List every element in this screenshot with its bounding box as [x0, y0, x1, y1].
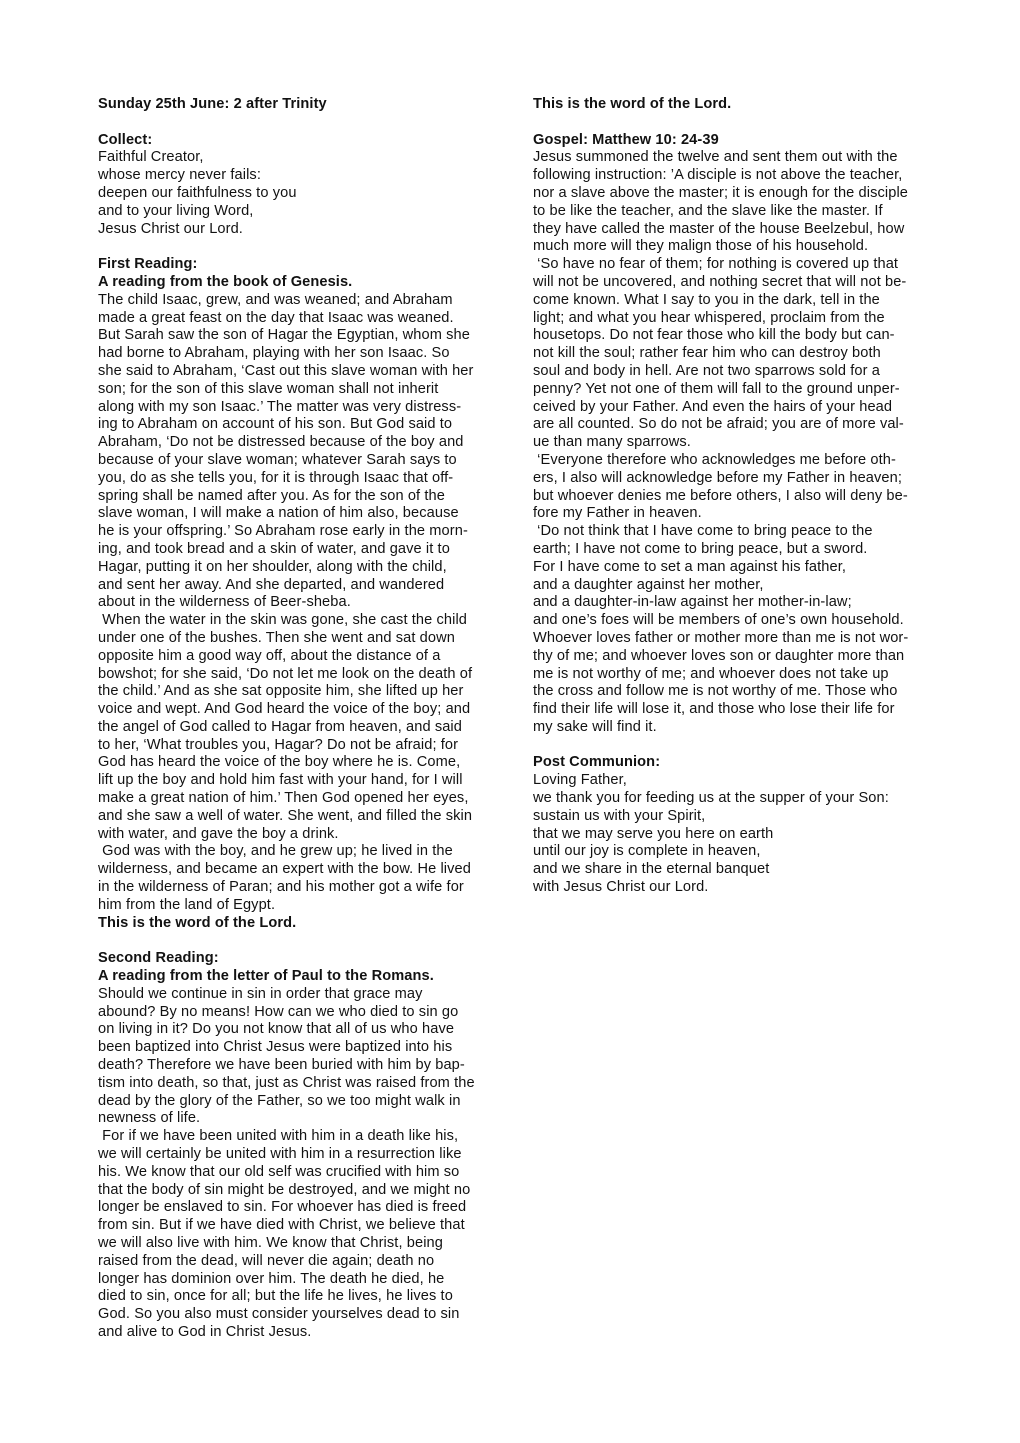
text-line: we will also live with him. We know that…	[98, 1235, 518, 1253]
text-line: his. We know that our old self was cruci…	[98, 1164, 518, 1182]
text-line: along with my son Isaac.’ The matter was…	[98, 399, 518, 417]
text-line: son; for the son of this slave woman sha…	[98, 381, 518, 399]
text-line: are all counted. So do not be afraid; yo…	[533, 416, 953, 434]
section-heading-gospel: Gospel: Matthew 10: 24-39	[533, 132, 953, 150]
text-line: he is your offspring.’ So Abraham rose e…	[98, 523, 518, 541]
text-line: to her, ‘What troubles you, Hagar? Do no…	[98, 737, 518, 755]
text-line: we will certainly be united with him in …	[98, 1146, 518, 1164]
text-line: newness of life.	[98, 1110, 518, 1128]
reading-source: A reading from the book of Genesis.	[98, 274, 518, 292]
text-line: not kill the soul; rather fear him who c…	[533, 345, 953, 363]
text-line: housetops. Do not fear those who kill th…	[533, 327, 953, 345]
text-line: the angel of God called to Hagar from he…	[98, 719, 518, 737]
text-line: whose mercy never fails:	[98, 167, 518, 185]
text-line: from sin. But if we have died with Chris…	[98, 1217, 518, 1235]
text-line: ers, I also will acknowledge before my F…	[533, 470, 953, 488]
text-line	[533, 114, 953, 132]
text-line: under one of the bushes. Then she went a…	[98, 630, 518, 648]
response-line: This is the word of the Lord.	[98, 915, 518, 933]
text-line: Jesus Christ our Lord.	[98, 221, 518, 239]
text-line: died to sin, once for all; but the life …	[98, 1288, 518, 1306]
text-line: and one’s foes will be members of one’s …	[533, 612, 953, 630]
text-line: the child.’ And as she sat opposite him,…	[98, 683, 518, 701]
text-line: about in the wilderness of Beer-sheba.	[98, 594, 518, 612]
text-line: lift up the boy and hold him fast with y…	[98, 772, 518, 790]
text-line: in the wilderness of Paran; and his moth…	[98, 879, 518, 897]
section-heading-first-reading: First Reading:	[98, 256, 518, 274]
text-line: ing, and took bread and a skin of water,…	[98, 541, 518, 559]
text-line: following instruction: ’A disciple is no…	[533, 167, 953, 185]
text-line: abound? By no means! How can we who died…	[98, 1004, 518, 1022]
section-heading-collect: Collect:	[98, 132, 518, 150]
text-line: but whoever denies me before others, I a…	[533, 488, 953, 506]
text-line: But Sarah saw the son of Hagar the Egypt…	[98, 327, 518, 345]
text-line: and she saw a well of water. She went, a…	[98, 808, 518, 826]
response-line: This is the word of the Lord.	[533, 96, 953, 114]
text-line: The child Isaac, grew, and was weaned; a…	[98, 292, 518, 310]
text-line: him from the land of Egypt.	[98, 897, 518, 915]
text-line: deepen our faithfulness to you	[98, 185, 518, 203]
text-line: made a great feast on the day that Isaac…	[98, 310, 518, 328]
text-line: with water, and gave the boy a drink.	[98, 826, 518, 844]
text-line: make a great nation of him.’ Then God op…	[98, 790, 518, 808]
text-line: nor a slave above the master; it is enou…	[533, 185, 953, 203]
text-line: dead by the glory of the Father, so we t…	[98, 1093, 518, 1111]
text-line: earth; I have not come to bring peace, b…	[533, 541, 953, 559]
text-line: much more will they malign those of his …	[533, 238, 953, 256]
text-line: ceived by your Father. And even the hair…	[533, 399, 953, 417]
text-line: and sent her away. And she departed, and…	[98, 577, 518, 595]
text-line: come known. What I say to you in the dar…	[533, 292, 953, 310]
text-line: Abraham, ‘Do not be distressed because o…	[98, 434, 518, 452]
text-line: bowshot; for she said, ‘Do not let me lo…	[98, 666, 518, 684]
text-line: voice and wept. And God heard the voice …	[98, 701, 518, 719]
reading-source: A reading from the letter of Paul to the…	[98, 968, 518, 986]
text-line: ing to Abraham on account of his son. Bu…	[98, 416, 518, 434]
text-line: Whoever loves father or mother more than…	[533, 630, 953, 648]
text-line: and we share in the eternal banquet	[533, 861, 953, 879]
text-line: God. So you also must consider yourselve…	[98, 1306, 518, 1324]
document-page: Sunday 25th June: 2 after TrinityCollect…	[0, 0, 1020, 1443]
text-line: you, do as she tells you, for it is thro…	[98, 470, 518, 488]
text-line: ‘So have no fear of them; for nothing is…	[533, 256, 953, 274]
text-line: until our joy is complete in heaven,	[533, 843, 953, 861]
section-heading-second-reading: Second Reading:	[98, 950, 518, 968]
text-line: wilderness, and became an expert with th…	[98, 861, 518, 879]
text-line: that the body of sin might be destroyed,…	[98, 1182, 518, 1200]
text-line	[533, 737, 953, 755]
text-line: find their life will lose it, and those …	[533, 701, 953, 719]
text-line: because of your slave woman; whatever Sa…	[98, 452, 518, 470]
text-line	[98, 114, 518, 132]
left-column: Sunday 25th June: 2 after TrinityCollect…	[98, 96, 518, 1342]
text-line	[98, 932, 518, 950]
text-line: Loving Father,	[533, 772, 953, 790]
text-line: ‘Do not think that I have come to bring …	[533, 523, 953, 541]
text-line: and a daughter against her mother,	[533, 577, 953, 595]
text-line: on living in it? Do you not know that al…	[98, 1021, 518, 1039]
text-line: the cross and follow me is not worthy of…	[533, 683, 953, 701]
text-line: longer be enslaved to sin. For whoever h…	[98, 1199, 518, 1217]
text-line: soul and body in hell. Are not two sparr…	[533, 363, 953, 381]
text-line: death? Therefore we have been buried wit…	[98, 1057, 518, 1075]
text-line: When the water in the skin was gone, she…	[98, 612, 518, 630]
text-line: light; and what you hear whispered, proc…	[533, 310, 953, 328]
text-line: God was with the boy, and he grew up; he…	[98, 843, 518, 861]
text-line: penny? Yet not one of them will fall to …	[533, 381, 953, 399]
section-heading-post-communion: Post Communion:	[533, 754, 953, 772]
text-line: opposite him a good way off, about the d…	[98, 648, 518, 666]
text-line: slave woman, I will make a nation of him…	[98, 505, 518, 523]
text-line: tism into death, so that, just as Christ…	[98, 1075, 518, 1093]
page-title: Sunday 25th June: 2 after Trinity	[98, 96, 518, 114]
text-line: ue than many sparrows.	[533, 434, 953, 452]
text-line: had borne to Abraham, playing with her s…	[98, 345, 518, 363]
text-line: that we may serve you here on earth	[533, 826, 953, 844]
text-line: sustain us with your Spirit,	[533, 808, 953, 826]
text-line: longer has dominion over him. The death …	[98, 1271, 518, 1289]
text-line: and to your living Word,	[98, 203, 518, 221]
text-line: to be like the teacher, and the slave li…	[533, 203, 953, 221]
text-line: ‘Everyone therefore who acknowledges me …	[533, 452, 953, 470]
text-line: with Jesus Christ our Lord.	[533, 879, 953, 897]
text-line: me is not worthy of me; and whoever does…	[533, 666, 953, 684]
text-line: raised from the dead, will never die aga…	[98, 1253, 518, 1271]
text-line: Jesus summoned the twelve and sent them …	[533, 149, 953, 167]
text-line: fore my Father in heaven.	[533, 505, 953, 523]
text-line: and alive to God in Christ Jesus.	[98, 1324, 518, 1342]
text-line: God has heard the voice of the boy where…	[98, 754, 518, 772]
text-line: Hagar, putting it on her shoulder, along…	[98, 559, 518, 577]
text-line: they have called the master of the house…	[533, 221, 953, 239]
text-line	[98, 238, 518, 256]
text-line: she said to Abraham, ‘Cast out this slav…	[98, 363, 518, 381]
text-line: thy of me; and whoever loves son or daug…	[533, 648, 953, 666]
text-line: spring shall be named after you. As for …	[98, 488, 518, 506]
text-line: my sake will find it.	[533, 719, 953, 737]
text-line: and a daughter-in-law against her mother…	[533, 594, 953, 612]
right-column: This is the word of the Lord.Gospel: Mat…	[533, 96, 953, 897]
text-line: we thank you for feeding us at the suppe…	[533, 790, 953, 808]
text-line: been baptized into Christ Jesus were bap…	[98, 1039, 518, 1057]
text-line: For if we have been united with him in a…	[98, 1128, 518, 1146]
text-line: Faithful Creator,	[98, 149, 518, 167]
text-line: For I have come to set a man against his…	[533, 559, 953, 577]
text-line: will not be uncovered, and nothing secre…	[533, 274, 953, 292]
text-line: Should we continue in sin in order that …	[98, 986, 518, 1004]
